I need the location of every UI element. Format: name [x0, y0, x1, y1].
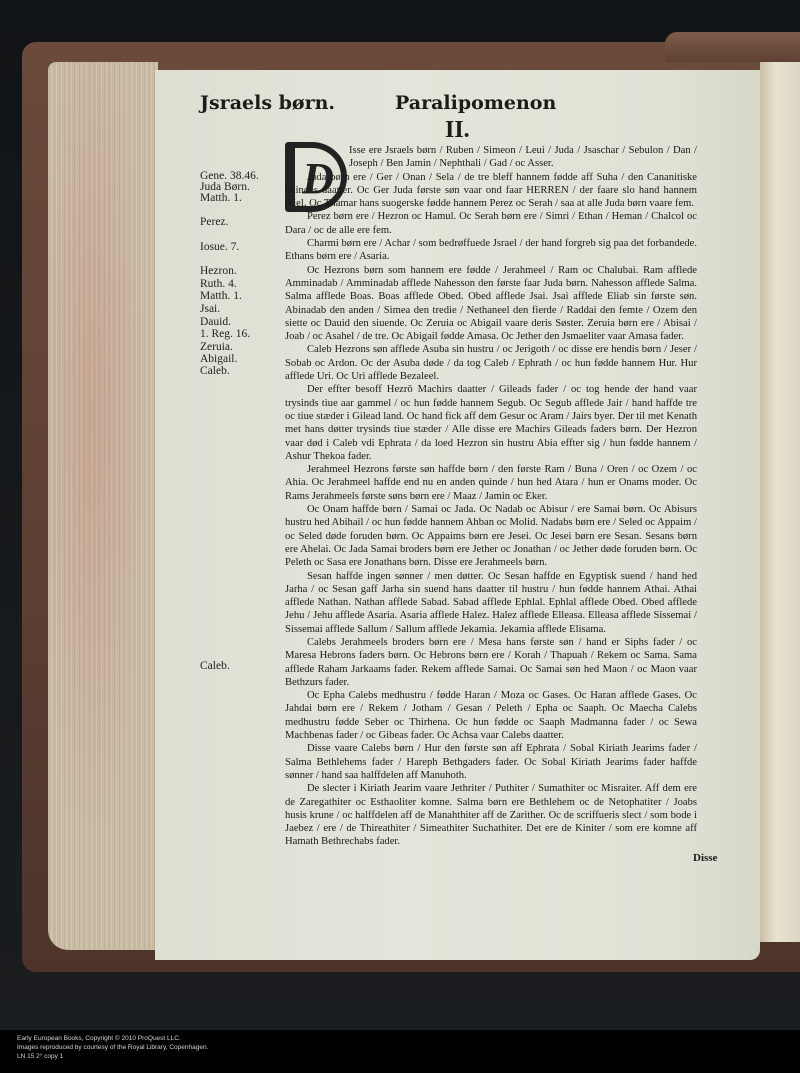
paragraph: Disse vaare Calebs børn / Hur den første… — [285, 742, 697, 782]
footer-copyright: Early European Books, Copyright © 2010 P… — [17, 1035, 181, 1042]
paragraph: Jerahmeel Hezrons første søn haffde børn… — [285, 463, 697, 503]
paragraph: Juda børn ere / Ger / Onan / Sela / de t… — [285, 171, 697, 211]
paragraph: Charmi børn ere / Achar / som bedrøffued… — [285, 237, 697, 264]
page-fore-edge — [48, 62, 158, 950]
book-number: II. — [445, 117, 470, 144]
paragraph: Der effter besoff Hezrō Machirs daatter … — [285, 383, 697, 463]
margin-note: 1. Reg. 16. — [200, 328, 250, 341]
paragraph: Calebs Jerahmeels broders børn ere / Mes… — [285, 636, 697, 689]
margin-note: Ruth. 4. — [200, 278, 237, 291]
running-head-title: Paralipomenon — [395, 92, 556, 114]
margin-note: Caleb. — [200, 365, 230, 378]
running-head: Jsraels børn. Paralipomenon — [200, 92, 740, 120]
paragraph: De slecter i Kiriath Jearim vaare Jethri… — [285, 782, 697, 848]
footer-courtesy: Images reproduced by courtesy of the Roy… — [17, 1044, 208, 1051]
margin-note: Dauid. — [200, 316, 231, 329]
margin-note: Zeruia. — [200, 341, 233, 354]
paragraph: Perez børn ere / Hezron oc Hamul. Oc Ser… — [285, 210, 697, 237]
catchword: Disse — [693, 852, 717, 864]
paragraph: Sesan haffde ingen sønner / men døtter. … — [285, 570, 697, 636]
paragraph: Oc Hezrons børn som hannem ere fødde / J… — [285, 264, 697, 344]
paragraph: Oc Epha Calebs medhustru / fødde Haran /… — [285, 689, 697, 742]
margin-note: Hezron. — [200, 265, 237, 278]
margin-note: Jsai. — [200, 303, 220, 316]
book-gutter — [760, 62, 800, 942]
margin-note: Caleb. — [200, 660, 230, 673]
paragraph: Isse ere Jsraels børn / Ruben / Simeon /… — [285, 144, 697, 171]
paragraph: Oc Onam haffde børn / Samai oc Jada. Oc … — [285, 503, 697, 569]
margin-note: Iosue. 7. — [200, 241, 239, 254]
copyright-footer: Early European Books, Copyright © 2010 P… — [0, 1030, 800, 1073]
running-head-left: Jsraels børn. — [200, 92, 335, 114]
book-cover-binding-right — [665, 32, 800, 62]
margin-note: Abigail. — [200, 353, 237, 366]
footer-shelfmark: LN 15 2° copy 1 — [17, 1053, 63, 1060]
paragraph: Caleb Hezrons søn afflede Asuba sin hust… — [285, 343, 697, 383]
margin-note: Perez. — [200, 216, 228, 229]
margin-note: Matth. 1. — [200, 192, 242, 205]
body-text: Isse ere Jsraels børn / Ruben / Simeon /… — [285, 144, 697, 849]
margin-note: Matth. 1. — [200, 290, 242, 303]
